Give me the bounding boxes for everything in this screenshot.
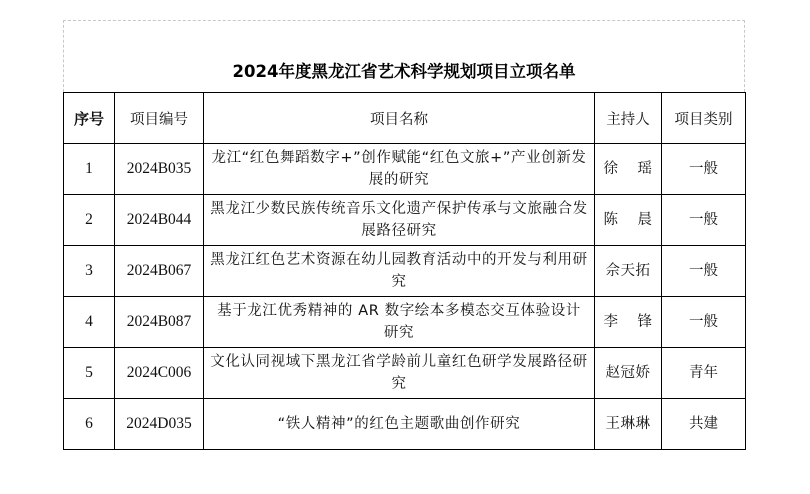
cell-project-name: 黑龙江少数民族传统音乐文化遗产保护传承与文旅融合发展路径研究 bbox=[204, 195, 595, 246]
table-row: 1 2024B035 龙江“红色舞蹈数字+”创作赋能“红色文旅+”产业创新发展的… bbox=[64, 144, 746, 195]
table-row: 2 2024B044 黑龙江少数民族传统音乐文化遗产保护传承与文旅融合发展路径研… bbox=[64, 195, 746, 246]
cell-seq: 3 bbox=[64, 246, 115, 297]
cell-project-name: 基于龙江优秀精神的 AR 数字绘本多模态交互体验设计研究 bbox=[204, 297, 595, 348]
header-project-type: 项目类别 bbox=[662, 93, 746, 144]
cell-project-type: 青年 bbox=[662, 348, 746, 399]
cell-project-code: 2024B035 bbox=[115, 144, 204, 195]
cell-project-code: 2024D035 bbox=[115, 399, 204, 450]
cell-seq: 2 bbox=[64, 195, 115, 246]
header-project-name: 项目名称 bbox=[204, 93, 595, 144]
cell-project-name: 龙江“红色舞蹈数字+”创作赋能“红色文旅+”产业创新发展的研究 bbox=[204, 144, 595, 195]
cell-project-type: 一般 bbox=[662, 195, 746, 246]
cell-host: 王琳琳 bbox=[595, 399, 662, 450]
table-row: 3 2024B067 黑龙江红色艺术资源在幼儿园教育活动中的开发与利用研究 佘天… bbox=[64, 246, 746, 297]
cell-host: 陈 晨 bbox=[595, 195, 662, 246]
cell-project-type: 一般 bbox=[662, 246, 746, 297]
cell-project-code: 2024B087 bbox=[115, 297, 204, 348]
cell-project-code: 2024C006 bbox=[115, 348, 204, 399]
cell-seq: 5 bbox=[64, 348, 115, 399]
cell-host: 李 锋 bbox=[595, 297, 662, 348]
project-list-table: 序号 项目编号 项目名称 主持人 项目类别 1 2024B035 龙江“红色舞蹈… bbox=[63, 92, 746, 450]
cell-project-code: 2024B067 bbox=[115, 246, 204, 297]
cell-project-code: 2024B044 bbox=[115, 195, 204, 246]
cell-seq: 1 bbox=[64, 144, 115, 195]
cell-project-name: “铁人精神”的红色主题歌曲创作研究 bbox=[204, 399, 595, 450]
header-seq: 序号 bbox=[64, 93, 115, 144]
cell-host: 佘天拓 bbox=[595, 246, 662, 297]
cell-project-type: 共建 bbox=[662, 399, 746, 450]
table-header-row: 序号 项目编号 项目名称 主持人 项目类别 bbox=[64, 93, 746, 144]
cell-project-name: 文化认同视域下黑龙江省学龄前儿童红色研学发展路径研究 bbox=[204, 348, 595, 399]
document-title: 2024年度黑龙江省艺术科学规划项目立项名单 bbox=[63, 60, 745, 84]
table-row: 4 2024B087 基于龙江优秀精神的 AR 数字绘本多模态交互体验设计研究 … bbox=[64, 297, 746, 348]
header-host: 主持人 bbox=[595, 93, 662, 144]
cell-host: 赵冠娇 bbox=[595, 348, 662, 399]
cell-project-name: 黑龙江红色艺术资源在幼儿园教育活动中的开发与利用研究 bbox=[204, 246, 595, 297]
table-row: 5 2024C006 文化认同视域下黑龙江省学龄前儿童红色研学发展路径研究 赵冠… bbox=[64, 348, 746, 399]
table-row: 6 2024D035 “铁人精神”的红色主题歌曲创作研究 王琳琳 共建 bbox=[64, 399, 746, 450]
cell-seq: 6 bbox=[64, 399, 115, 450]
cell-host: 徐 瑶 bbox=[595, 144, 662, 195]
cell-project-type: 一般 bbox=[662, 297, 746, 348]
cell-seq: 4 bbox=[64, 297, 115, 348]
cell-project-type: 一般 bbox=[662, 144, 746, 195]
header-project-code: 项目编号 bbox=[115, 93, 204, 144]
